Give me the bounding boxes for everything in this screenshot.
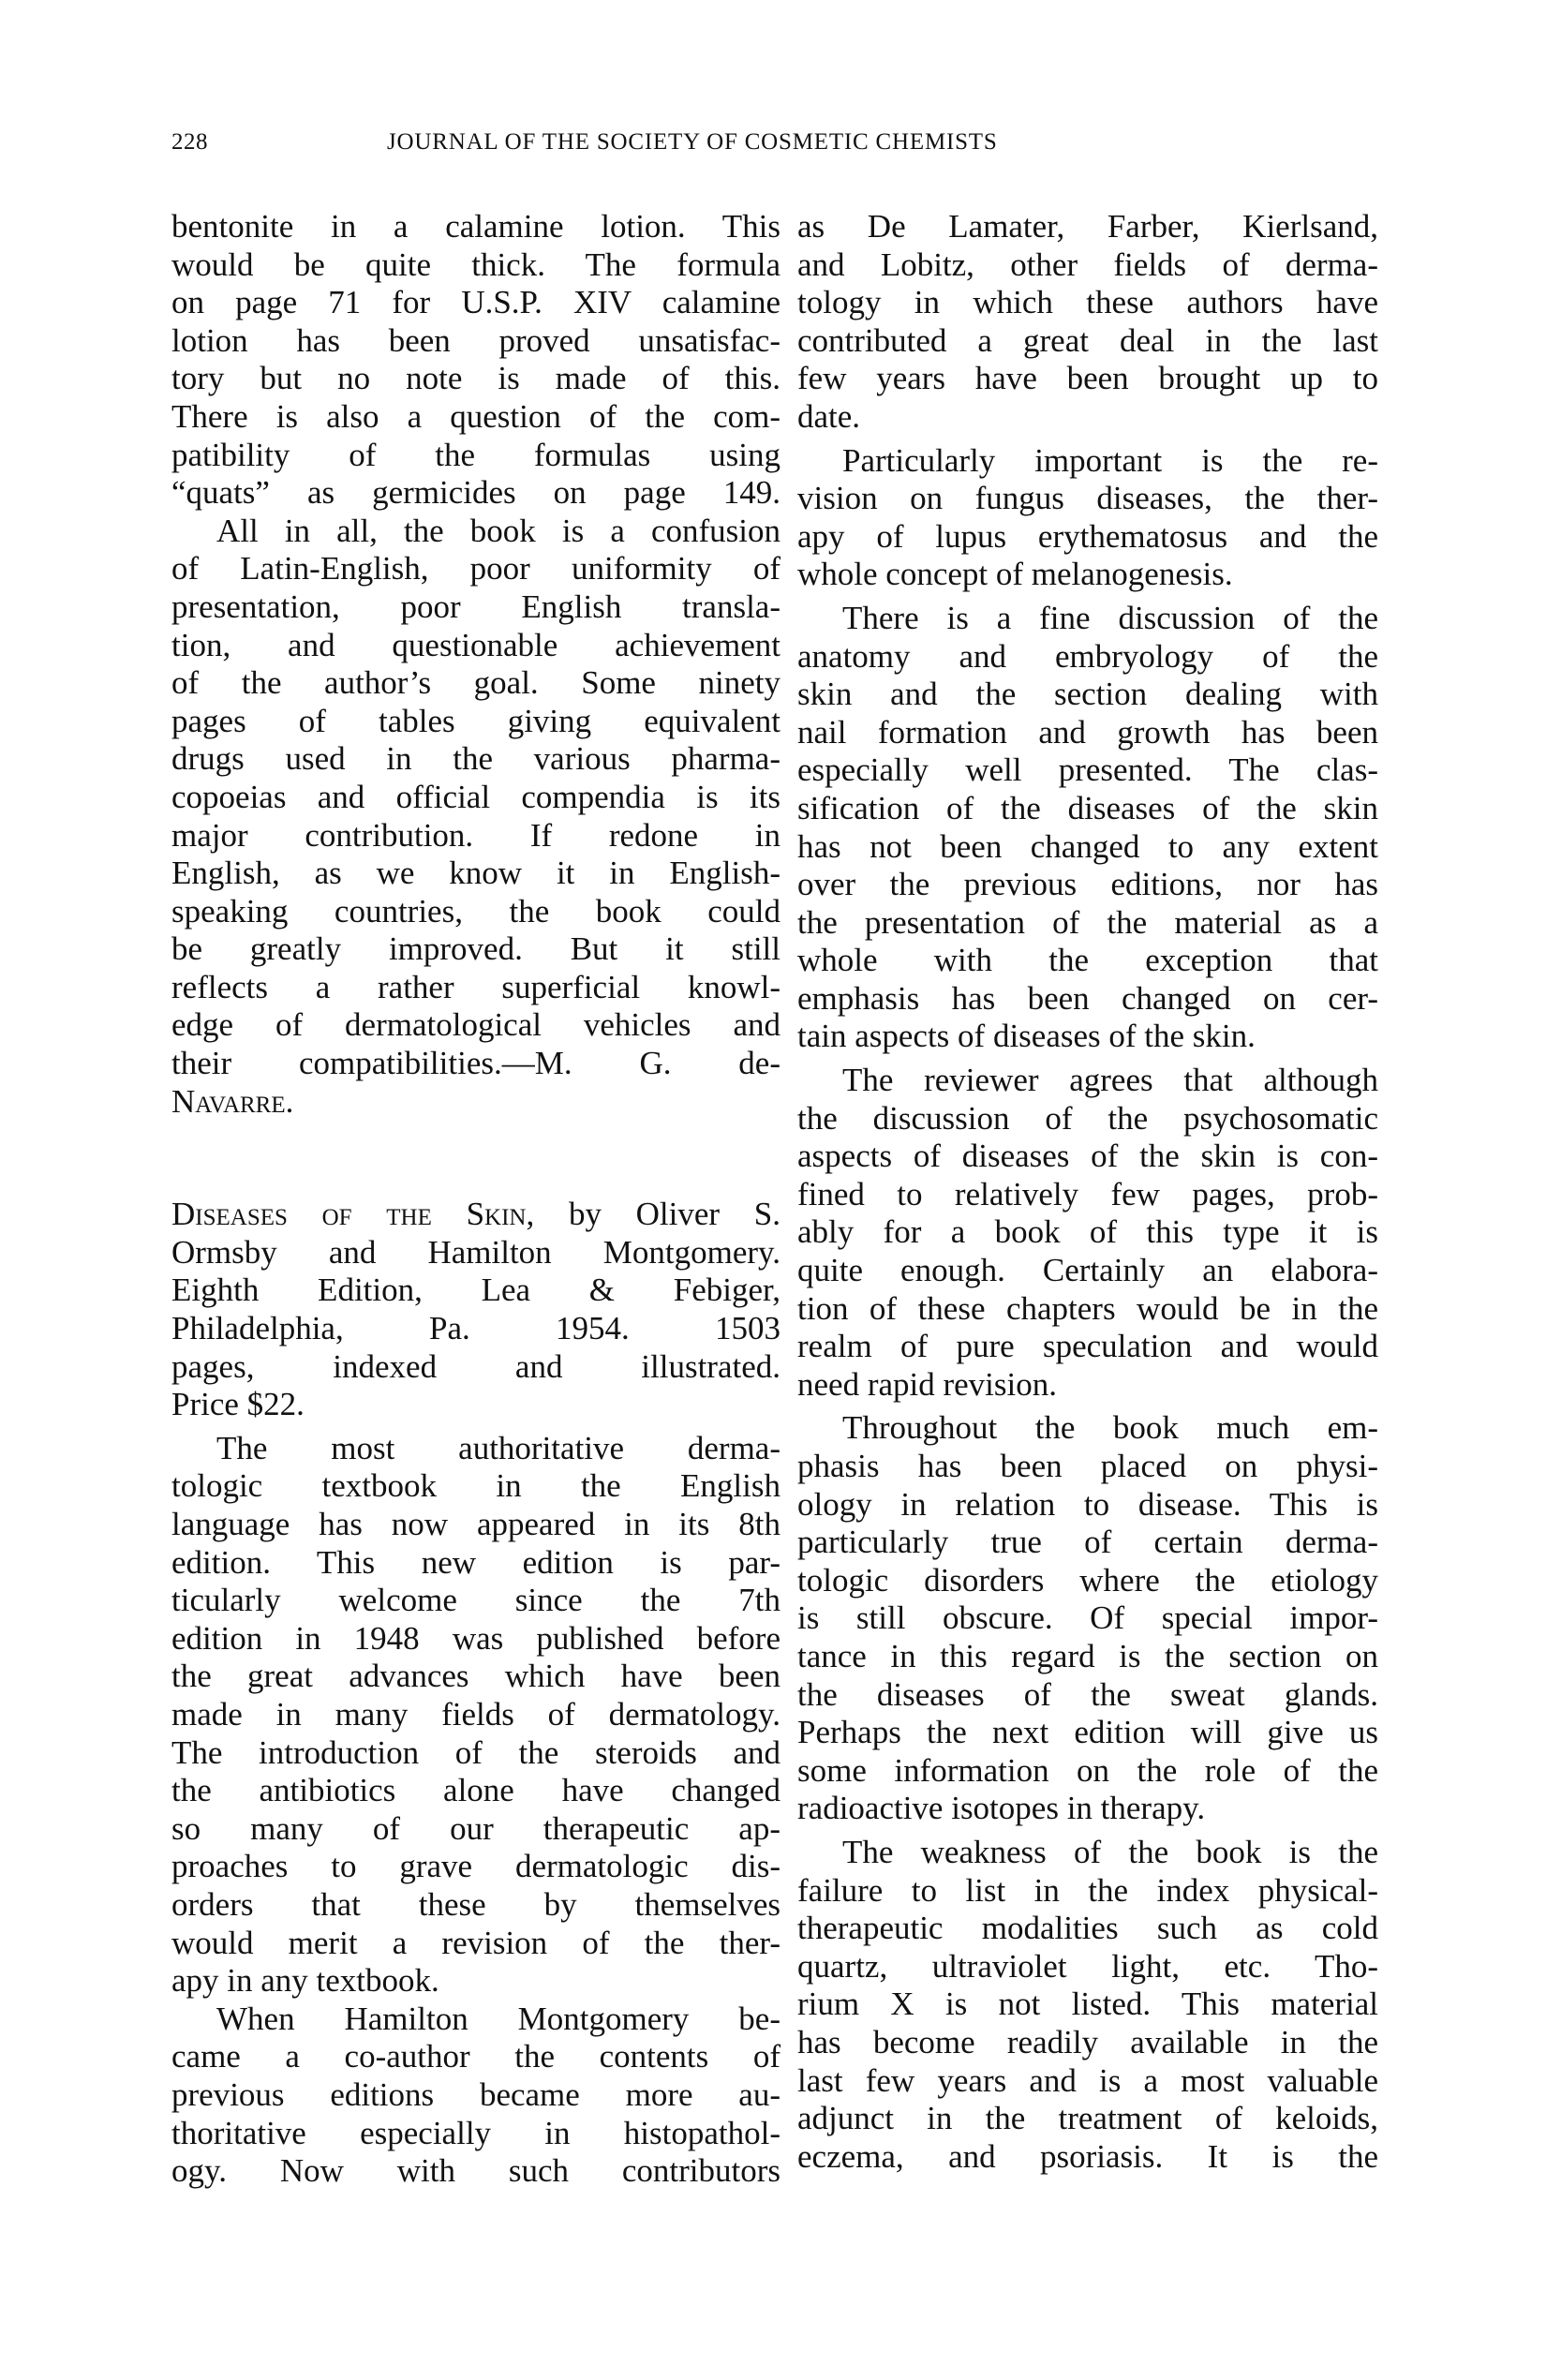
text-line: The most authoritative derma-	[171, 1430, 780, 1468]
text-line: on page 71 for U.S.P. XIV calamine	[171, 284, 780, 322]
text-line: Eighth Edition, Lea & Febiger,	[171, 1272, 780, 1310]
right-column: as De Lamater, Farber, Kierlsand,and Lob…	[797, 208, 1378, 2176]
text-line: vision on fungus diseases, the ther-	[797, 480, 1378, 518]
text-line: There is a fine discussion of the	[797, 600, 1378, 638]
review2-paragraph-1: The most authoritative derma-tologic tex…	[171, 1430, 780, 2001]
text-line: especially well presented. The clas-	[797, 751, 1378, 790]
text-line: therapeutic modalities such as cold	[797, 1910, 1378, 1948]
review2-paragraph-2: When Hamilton Montgomery be-came a co-au…	[171, 2001, 780, 2191]
text-line: the diseases of the sweat glands.	[797, 1676, 1378, 1715]
text-line: previous editions became more au-	[171, 2076, 780, 2115]
text-line: quite enough. Certainly an elabora-	[797, 1252, 1378, 1290]
text-line: The reviewer agrees that although	[797, 1062, 1378, 1100]
review1-final-paragraph: All in all, the book is a confusionof La…	[171, 513, 780, 1083]
running-header: 228 JOURNAL OF THE SOCIETY OF COSMETIC C…	[171, 129, 1202, 167]
text-line: thoritative especially in histopathol-	[171, 2115, 780, 2153]
text-line: the great advances which have been	[171, 1658, 780, 1696]
text-line: Perhaps the next edition will give us	[797, 1714, 1378, 1752]
text-line: presentation, poor English transla-	[171, 588, 780, 627]
text-line: Price $22.	[171, 1386, 780, 1424]
text-line: edition. This new edition is par-	[171, 1544, 780, 1583]
psychosomatic-paragraph: The reviewer agrees that althoughthe dis…	[797, 1062, 1378, 1404]
citation-details: Ormsby and Hamilton Montgomery.Eighth Ed…	[171, 1234, 780, 1424]
text-line: the discussion of the psychosomatic	[797, 1100, 1378, 1138]
text-line: language has now appeared in its 8th	[171, 1506, 780, 1544]
text-line: some information on the role of the	[797, 1752, 1378, 1791]
text-line: fined to relatively few pages, prob-	[797, 1176, 1378, 1214]
text-line: proaches to grave dermatologic dis-	[171, 1848, 780, 1886]
book-title: Diseases of the Skin	[171, 1196, 526, 1232]
text-line: tologic textbook in the English	[171, 1467, 780, 1506]
text-line: phasis has been placed on physi-	[797, 1448, 1378, 1486]
text-line: pages, indexed and illustrated.	[171, 1348, 780, 1387]
text-line: All in all, the book is a confusion	[171, 513, 780, 551]
text-line: The introduction of the steroids and	[171, 1734, 780, 1773]
text-line: emphasis has been changed on cer-	[797, 980, 1378, 1019]
text-line: the antibiotics alone have changed	[171, 1772, 780, 1810]
text-line: whole concept of melanogenesis.	[797, 556, 1378, 594]
text-line: nail formation and growth has been	[797, 714, 1378, 752]
text-line: edge of dermatological vehicles and	[171, 1006, 780, 1045]
text-line: English, as we know it in English-	[171, 855, 780, 893]
contributors-paragraph: as De Lamater, Farber, Kierlsand,and Lob…	[797, 208, 1378, 437]
text-line: major contribution. If redone in	[171, 817, 780, 855]
weakness-paragraph: The weakness of the book is thefailure t…	[797, 1834, 1378, 2176]
text-line: tologic disorders where the etiology	[797, 1562, 1378, 1600]
text-line: particularly true of certain derma-	[797, 1524, 1378, 1562]
page-number: 228	[171, 129, 208, 156]
text-line: quartz, ultraviolet light, etc. Tho-	[797, 1948, 1378, 1986]
text-line: orders that these by themselves	[171, 1886, 780, 1925]
text-line: speaking countries, the book could	[171, 893, 780, 931]
text-line: their compatibilities.—M. G. de-	[171, 1045, 780, 1083]
text-line: contributed a great deal in the last	[797, 322, 1378, 361]
review2-citation: Diseases of the Skin, by Oliver S. Ormsb…	[171, 1196, 780, 1424]
text-line: of Latin-English, poor uniformity of	[171, 550, 780, 588]
section-gap	[171, 1121, 780, 1196]
text-line: tion of these chapters would be in the	[797, 1290, 1378, 1329]
text-line: There is also a question of the com-	[171, 398, 780, 437]
text-line: Particularly important is the re-	[797, 442, 1378, 481]
text-line: last few years and is a most valuable	[797, 2062, 1378, 2101]
text-line: failure to list in the index physical-	[797, 1872, 1378, 1911]
text-line: Philadelphia, Pa. 1954. 1503	[171, 1310, 780, 1348]
text-line: edition in 1948 was published before	[171, 1620, 780, 1659]
text-line: Ormsby and Hamilton Montgomery.	[171, 1234, 780, 1272]
text-line: so many of our therapeutic ap-	[171, 1810, 780, 1849]
text-line: Throughout the book much em-	[797, 1409, 1378, 1448]
text-line: sification of the diseases of the skin	[797, 790, 1378, 828]
text-line: “quats” as germicides on page 149.	[171, 474, 780, 513]
text-line: as De Lamater, Farber, Kierlsand,	[797, 208, 1378, 246]
text-line: is still obscure. Of special impor-	[797, 1599, 1378, 1638]
text-line: reflects a rather superficial knowl-	[171, 969, 780, 1007]
text-line: apy of lupus erythematosus and the	[797, 518, 1378, 557]
text-line: and Lobitz, other fields of derma-	[797, 246, 1378, 285]
text-line: adjunct in the treatment of keloids,	[797, 2100, 1378, 2138]
text-line: ology in relation to disease. This is	[797, 1486, 1378, 1525]
text-line: has become readily available in the	[797, 2024, 1378, 2062]
text-line: patibility of the formulas using	[171, 437, 780, 475]
text-line: would be quite thick. The formula	[171, 246, 780, 285]
text-line: lotion has been proved unsatisfac-	[171, 322, 780, 361]
text-line: anatomy and embryology of the	[797, 638, 1378, 677]
text-line: would merit a revision of the ther-	[171, 1925, 780, 1963]
left-column: bentonite in a calamine lotion. Thiswoul…	[171, 208, 780, 2191]
text-line: aspects of diseases of the skin is con-	[797, 1138, 1378, 1176]
text-line: pages of tables giving equivalent	[171, 703, 780, 741]
text-line: rium X is not listed. This material	[797, 1986, 1378, 2024]
review1-continuation: bentonite in a calamine lotion. Thiswoul…	[171, 208, 780, 513]
text-line: When Hamilton Montgomery be-	[171, 2001, 780, 2039]
text-line: eczema, and psoriasis. It is the	[797, 2138, 1378, 2177]
text-line: has not been changed to any extent	[797, 828, 1378, 867]
book-authors-start: , by Oliver S.	[526, 1196, 780, 1232]
text-line: skin and the section dealing with	[797, 676, 1378, 714]
physiology-paragraph: Throughout the book much em-phasis has b…	[797, 1409, 1378, 1828]
anatomy-paragraph: There is a fine discussion of theanatomy…	[797, 600, 1378, 1056]
journal-title: JOURNAL OF THE SOCIETY OF COSMETIC CHEMI…	[387, 129, 998, 156]
text-line: realm of pure speculation and would	[797, 1328, 1378, 1366]
text-line: need rapid revision.	[797, 1366, 1378, 1405]
text-line: few years have been brought up to	[797, 360, 1378, 398]
fungus-paragraph: Particularly important is the re-vision …	[797, 442, 1378, 594]
text-line: date.	[797, 398, 1378, 437]
text-line: ticularly welcome since the 7th	[171, 1582, 780, 1620]
text-line: radioactive isotopes in therapy.	[797, 1790, 1378, 1828]
text-line: made in many fields of dermatology.	[171, 1696, 780, 1734]
reviewer-signature-tail: Navarre.	[171, 1083, 780, 1122]
text-line: tion, and questionable achievement	[171, 627, 780, 665]
text-line: ably for a book of this type it is	[797, 1213, 1378, 1252]
text-line: tory but no note is made of this.	[171, 360, 780, 398]
text-line: bentonite in a calamine lotion. This	[171, 208, 780, 246]
text-line: tology in which these authors have	[797, 284, 1378, 322]
book-title-line: Diseases of the Skin, by Oliver S.	[171, 1196, 780, 1234]
text-line: copoeias and official compendia is its	[171, 779, 780, 817]
text-line: over the previous editions, nor has	[797, 866, 1378, 904]
text-line: whole with the exception that	[797, 942, 1378, 980]
text-line: tance in this regard is the section on	[797, 1638, 1378, 1676]
text-line: The weakness of the book is the	[797, 1834, 1378, 1872]
text-line: came a co-author the contents of	[171, 2038, 780, 2076]
text-line: tain aspects of diseases of the skin.	[797, 1018, 1378, 1056]
text-line: drugs used in the various pharma-	[171, 740, 780, 779]
text-line: ogy. Now with such contributors	[171, 2152, 780, 2191]
text-line: of the author’s goal. Some ninety	[171, 664, 780, 703]
text-line: the presentation of the material as a	[797, 904, 1378, 943]
text-line: be greatly improved. But it still	[171, 930, 780, 969]
text-line: apy in any textbook.	[171, 1962, 780, 2001]
